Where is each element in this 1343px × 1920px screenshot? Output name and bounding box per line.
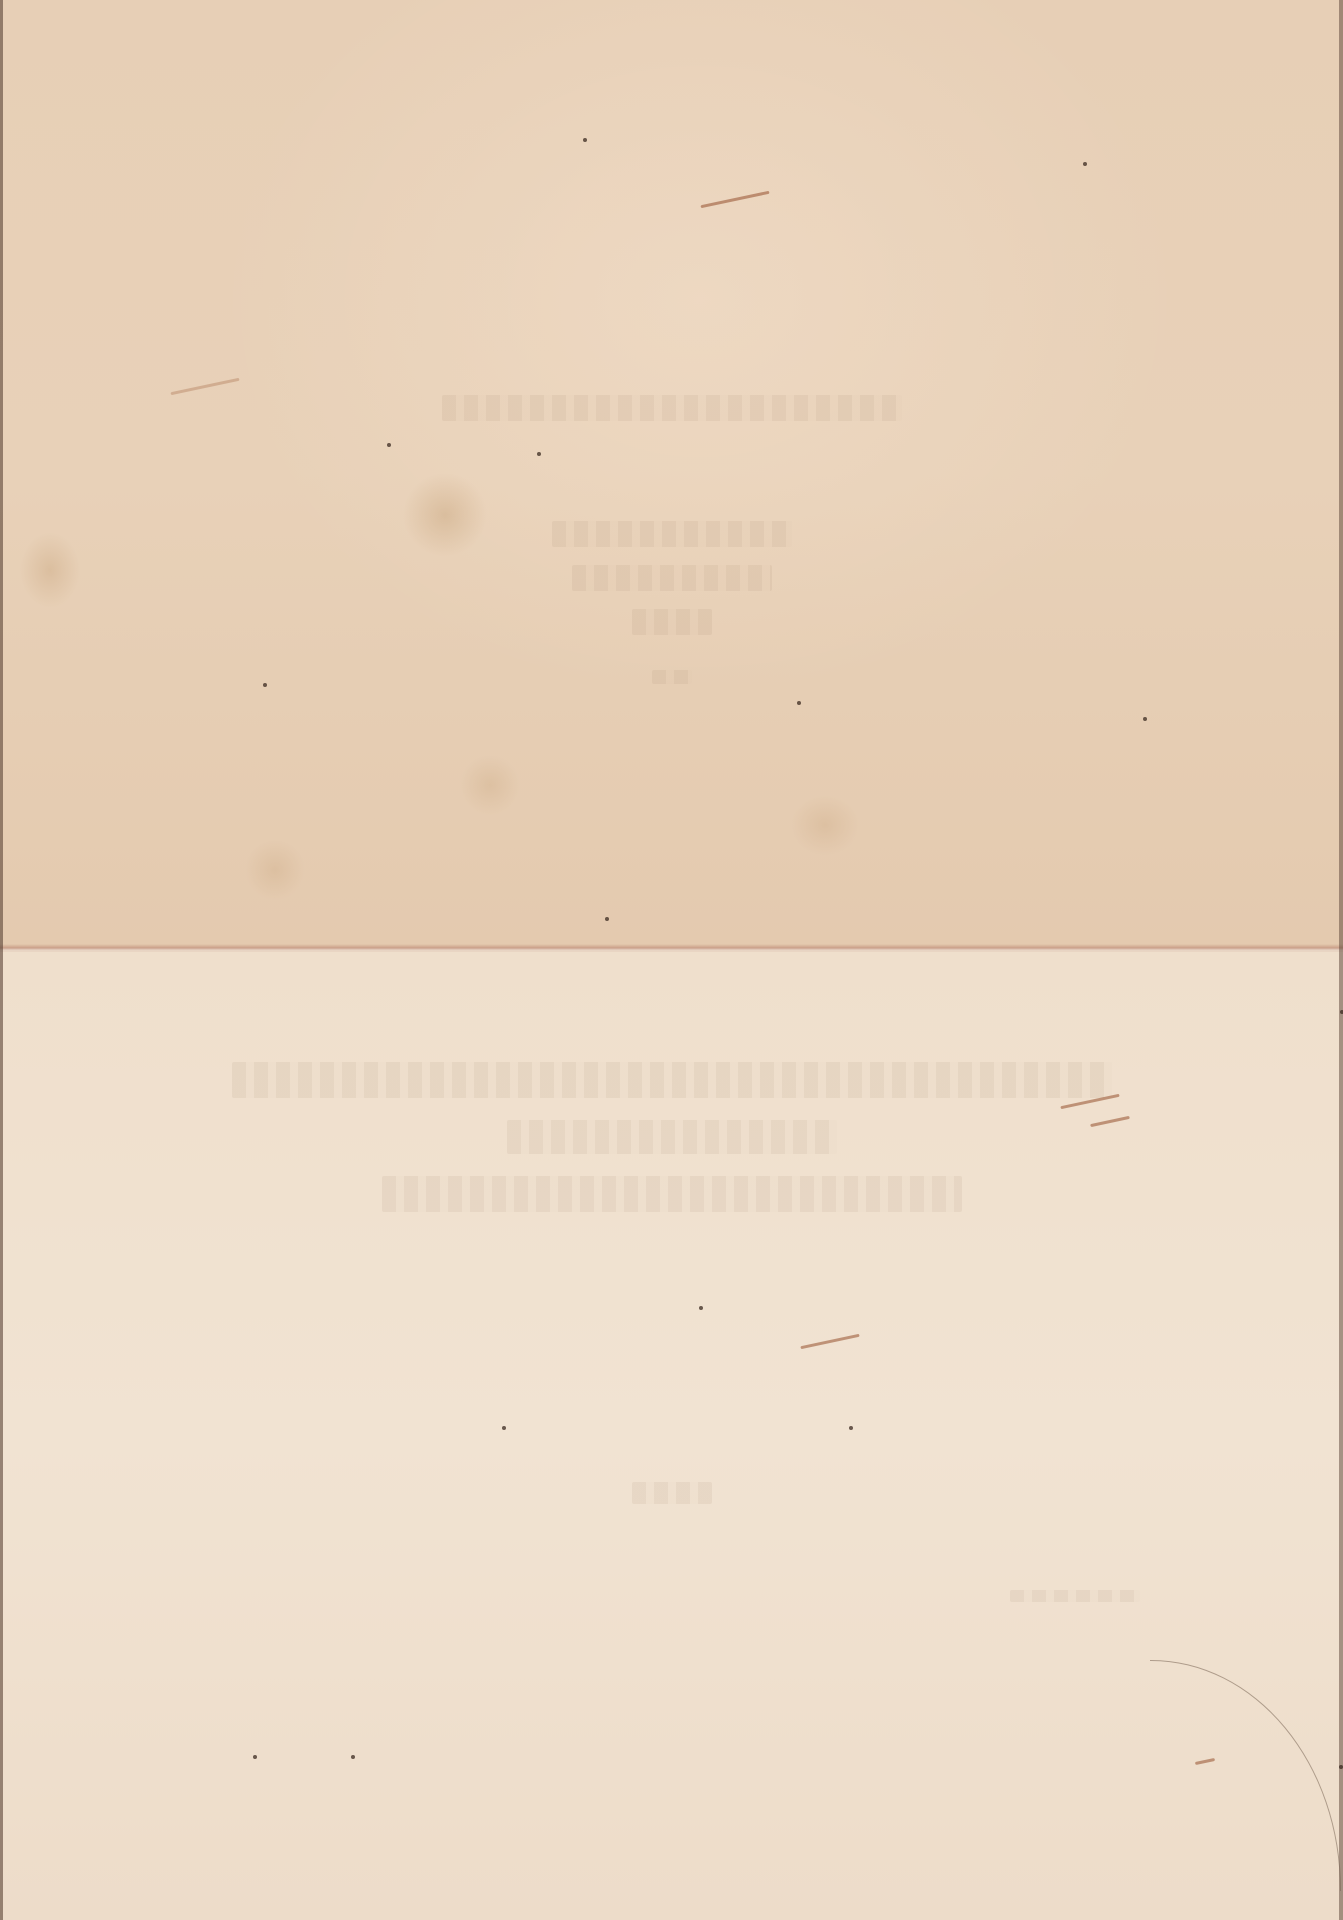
paper-sheet: [0, 0, 1343, 1920]
ghost-text-line: [632, 609, 712, 635]
ghost-text-block-lower: [0, 1062, 1343, 1504]
speck: [263, 683, 267, 687]
ghost-text-line: [232, 1062, 1112, 1098]
ghost-text-line: [652, 670, 692, 684]
lower-panel: [0, 952, 1343, 1920]
speck: [1083, 162, 1087, 166]
speck: [537, 452, 541, 456]
speck: [583, 138, 587, 142]
ghost-text-line: [442, 395, 902, 421]
speck: [387, 443, 391, 447]
ghost-text-block-upper: [0, 395, 1343, 684]
ghost-text-mark: [1010, 1590, 1140, 1602]
speck: [699, 1306, 703, 1310]
speck: [849, 1426, 853, 1430]
upper-panel: [0, 0, 1343, 948]
right-edge: [1339, 0, 1343, 1920]
ghost-text-line: [382, 1176, 962, 1212]
speck: [1143, 717, 1147, 721]
speck: [605, 917, 609, 921]
ghost-text-line: [507, 1120, 837, 1154]
speck: [1339, 1765, 1343, 1769]
ghost-text-line: [572, 565, 772, 591]
left-edge: [0, 0, 3, 1920]
speck: [253, 1755, 257, 1759]
speck: [502, 1426, 506, 1430]
speck: [797, 701, 801, 705]
ghost-text-line: [632, 1482, 712, 1504]
ghost-text-line: [552, 521, 792, 547]
speck: [351, 1755, 355, 1759]
